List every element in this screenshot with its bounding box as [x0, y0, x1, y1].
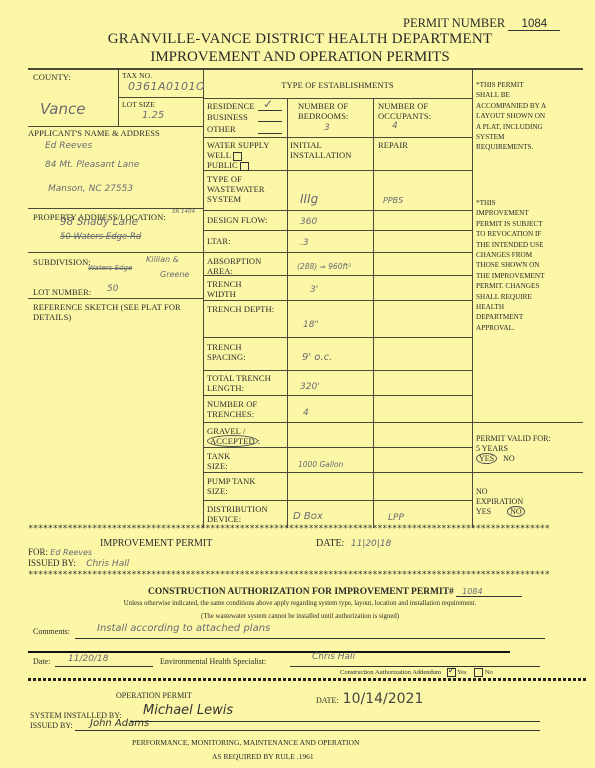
reference-sketch-label: REFERENCE SKETCH (SEE PLAT FOR DETAILS) — [33, 302, 198, 322]
dotted-divider — [28, 678, 588, 681]
public-checkbox[interactable] — [240, 162, 249, 171]
operation-issued-signature: John Adams — [90, 718, 149, 729]
wastewater-type-value: IIIg — [300, 192, 318, 206]
well-option[interactable]: WELL — [207, 150, 242, 161]
construction-permit-number: 1084 — [456, 587, 522, 597]
form-title: IMPROVEMENT AND OPERATION PERMITS — [0, 49, 595, 66]
permit-valid-label: PERMIT VALID FOR: 5 YEARS — [476, 434, 556, 455]
subdivision-label: SUBDIVISION: — [33, 257, 91, 267]
addendum-yes-checkbox[interactable]: ✓ — [447, 668, 456, 677]
valid-no-option[interactable]: NO — [503, 454, 515, 463]
lot-number-value: 50 — [107, 284, 118, 294]
authorization-note: (The wastewater system cannot be install… — [0, 613, 595, 620]
trench-depth-label: TRENCH DEPTH: — [207, 304, 274, 314]
noexp-no-option[interactable]: NO — [507, 506, 525, 517]
system-installed-value: Michael Lewis — [143, 703, 233, 718]
property-address-struck: 50 Waters Edge Rd — [60, 232, 141, 242]
county-value: Vance — [40, 100, 85, 118]
specialist-signature: Chris Hall — [312, 652, 355, 662]
lot-size-label: LOT SIZE — [122, 100, 155, 110]
revocation-note: *THIS IMPROVEMENT PERMIT IS SUBJECT TO R… — [476, 198, 548, 333]
trench-width-label: TRENCH WIDTH — [207, 279, 257, 299]
ltar-value: .3 — [300, 238, 309, 248]
wastewater-type-label: TYPE OF WASTEWATER SYSTEM — [207, 174, 282, 204]
star-divider: ****************************************… — [28, 524, 588, 534]
subdivision-value-line1: Killian & — [146, 255, 179, 264]
distribution-device-value: D Box — [293, 511, 323, 522]
property-note: SR 1404 — [172, 209, 195, 215]
tax-no-value: 0361A0101O — [128, 80, 205, 93]
distribution-device-repair: LPP — [388, 513, 404, 523]
lot-size-value: 1.25 — [142, 110, 164, 121]
comments-value: Install according to attached plans — [97, 623, 270, 634]
residence-label: RESIDENCE — [207, 101, 255, 111]
tank-size-value: 1000 Gallon — [298, 460, 343, 469]
trench-width-value: 3' — [310, 285, 318, 295]
improvement-permit-title: IMPROVEMENT PERMIT — [100, 538, 212, 549]
improvement-issued-label: ISSUED BY: — [28, 558, 76, 568]
addendum-row: Construction Authorization Addendum ✓ Ye… — [340, 668, 493, 677]
permit-number: PERMIT NUMBER 1084 — [403, 16, 560, 31]
establishments-header: TYPE OF ESTABLISHMENTS — [203, 80, 472, 90]
valid-yes-option[interactable]: YES — [476, 453, 497, 464]
repair-label: REPAIR — [378, 140, 408, 150]
permit-valid-options: YES NO — [476, 454, 515, 464]
department-title: GRANVILLE-VANCE DISTRICT HEALTH DEPARTME… — [0, 31, 595, 48]
trench-depth-value: 18" — [303, 320, 319, 330]
conditions-note: Unless otherwise indicated, the same con… — [0, 600, 595, 607]
other-label: OTHER — [207, 124, 236, 134]
public-option[interactable]: PUBLIC — [207, 160, 249, 171]
absorption-area-label: ABSORPTION AREA: — [207, 256, 277, 276]
trench-spacing-label: TRENCH SPACING: — [207, 342, 267, 362]
permit-number-label: PERMIT NUMBER — [403, 16, 505, 30]
applicant-name: Ed Reeves — [45, 141, 92, 151]
improvement-date-value: 11|20|18 — [351, 539, 391, 549]
applicant-address-line1: 84 Mt. Pleasant Lane — [45, 160, 139, 170]
improvement-for-label: FOR: — [28, 547, 48, 557]
trench-spacing-value: 9' o.c. — [302, 352, 332, 363]
absorption-area-value: (288) ⇒ 960ft² — [297, 262, 351, 271]
residence-check: ✓ — [263, 97, 273, 111]
addendum-no-checkbox[interactable] — [474, 668, 483, 677]
addendum-no-label: No — [485, 669, 493, 676]
applicant-address-line2: Manson, NC 27553 — [48, 184, 133, 194]
bedrooms-value: 3 — [324, 123, 330, 133]
number-of-trenches-label: NUMBER OF TRENCHES: — [207, 399, 277, 419]
initial-installation-label: INITIAL INSTALLATION — [290, 140, 370, 160]
operation-issued-label: ISSUED BY: — [30, 721, 73, 730]
ca-date-value: 11/20/18 — [68, 654, 108, 664]
noexp-yes-option[interactable]: YES — [476, 507, 491, 516]
no-expiration-options: YES NO — [476, 507, 525, 517]
business-label: BUSINESS — [207, 112, 248, 122]
property-address-value: 98 Shady Lane — [60, 216, 138, 228]
improvement-date-label: DATE: — [316, 538, 344, 549]
wastewater-type-repair: PPBS — [383, 196, 403, 205]
improvement-for-value: Ed Reeves — [50, 548, 92, 557]
lot-number-label: LOT NUMBER: — [33, 287, 91, 297]
operation-date-value: 10/14/2021 — [343, 691, 424, 707]
star-divider: ****************************************… — [28, 570, 588, 580]
water-supply-label: WATER SUPPLY — [207, 140, 269, 150]
addendum-yes-label: Yes — [457, 669, 466, 676]
public-label: PUBLIC — [207, 160, 238, 170]
design-flow-label: DESIGN FLOW: — [207, 215, 268, 225]
distribution-device-label: DISTRIBUTION DEVICE: — [207, 504, 282, 524]
improvement-issued-signature: Chris Hall — [86, 559, 129, 569]
layout-requirement-note: *THIS PERMIT SHALL BE ACCOMPANIED BY A L… — [476, 80, 546, 153]
specialist-label: Environmental Health Specialist: — [160, 657, 266, 666]
county-label: COUNTY: — [33, 72, 71, 82]
improvement-date: DATE: 11|20|18 — [316, 538, 391, 549]
construction-title-text: CONSTRUCTION AUTHORIZATION FOR IMPROVEME… — [148, 587, 454, 597]
comments-label: Comments: — [33, 627, 70, 636]
subdivision-struck: Waters Edge — [88, 264, 132, 272]
improvement-issued-by: ISSUED BY: Chris Hall — [28, 558, 129, 569]
ltar-label: LTAR: — [207, 236, 231, 246]
applicant-label: APPLICANT'S NAME & ADDRESS — [28, 128, 160, 138]
rule-note: AS REQUIRED BY RULE .1961 — [212, 752, 314, 761]
occupants-value: 4 — [392, 121, 398, 131]
operation-date: DATE: 10/14/2021 — [316, 690, 423, 708]
design-flow-value: 360 — [300, 217, 317, 227]
pump-tank-size-label: PUMP TANK SIZE: — [207, 476, 267, 496]
permit-number-value: 1084 — [508, 18, 560, 31]
occupants-label: NUMBER OF OCCUPANTS: — [378, 101, 458, 121]
operation-permit-title: OPERATION PERMIT — [116, 691, 192, 700]
construction-authorization-title: CONSTRUCTION AUTHORIZATION FOR IMPROVEME… — [148, 587, 522, 597]
operation-date-label: DATE: — [316, 696, 339, 705]
ca-date-label: Date: — [33, 657, 50, 666]
addendum-label: Construction Authorization Addendum — [340, 669, 441, 676]
improvement-for: FOR: Ed Reeves — [28, 547, 92, 557]
total-trench-length-value: 320' — [300, 382, 320, 392]
performance-note: PERFORMANCE, MONITORING, MAINTENANCE AND… — [132, 738, 359, 747]
well-label: WELL — [207, 150, 231, 160]
no-expiration-label: NO EXPIRATION — [476, 487, 536, 508]
number-of-trenches-value: 4 — [303, 408, 309, 418]
subdivision-value-line2: Greene — [160, 270, 189, 279]
bedrooms-label: NUMBER OF BEDROOMS: — [298, 101, 368, 121]
tank-size-label: TANK SIZE: — [207, 451, 247, 471]
gravel-accepted-label: GRAVEL /ACCEPTED: — [207, 426, 267, 446]
total-trench-length-label: TOTAL TRENCH LENGTH: — [207, 373, 285, 393]
